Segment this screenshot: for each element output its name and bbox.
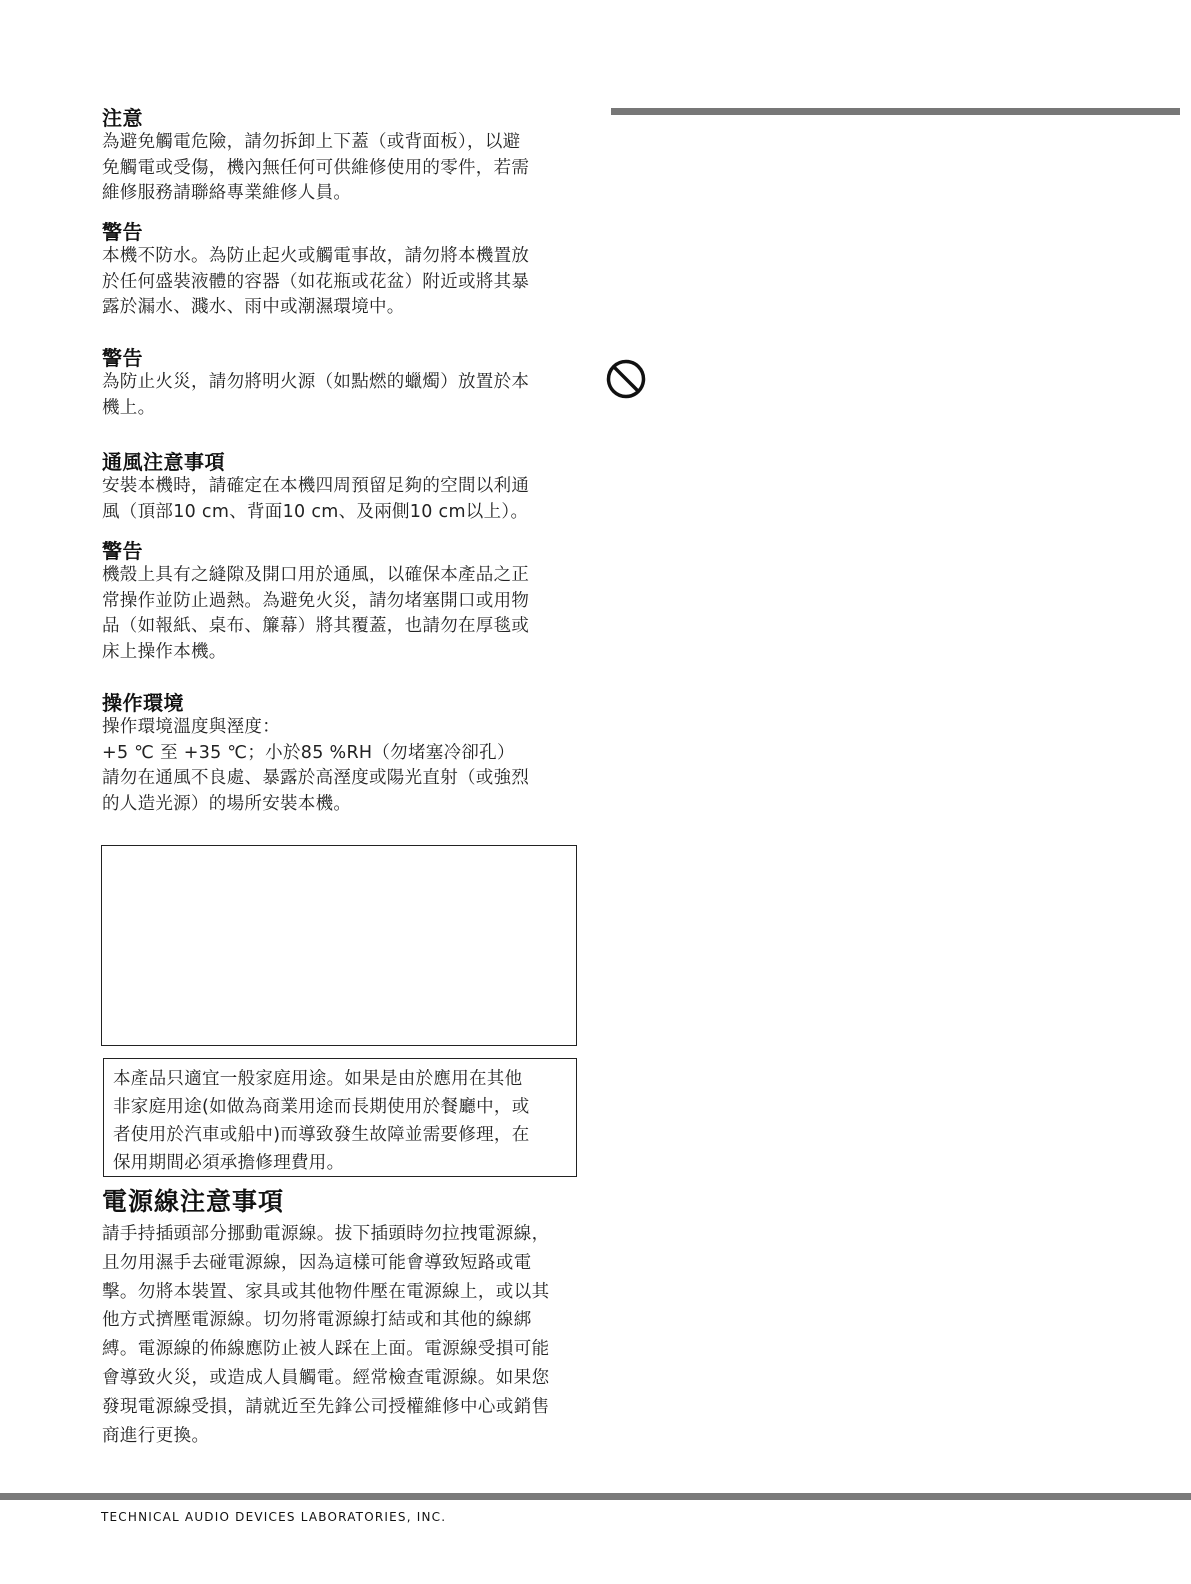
text-line: 安裝本機時，請確定在本機四周預留足夠的空間以利通 (102, 474, 582, 500)
footer-rule (0, 1493, 1191, 1500)
text-line: 操作環境溫度與溼度： (102, 715, 582, 741)
text-line: 機上。 (102, 396, 582, 422)
power-cord-body: 請手持插頭部分挪動電源線。拔下插頭時勿拉拽電源線， 且勿用濕手去碰電源線，因為這… (102, 1220, 592, 1450)
section-body: 為避免觸電危險，請勿拆卸上下蓋（或背面板），以避 免觸電或受傷，機內無任何可供維… (102, 130, 582, 207)
text-line: 保用期間必須承擔修理費用。 (113, 1149, 576, 1177)
section-heading: 警告 (102, 539, 582, 563)
text-line: 於任何盛裝液體的容器（如花瓶或花盆）附近或將其暴 (102, 270, 582, 296)
section-heading: 注意 (102, 106, 582, 130)
section-ventilation: 通風注意事項 安裝本機時，請確定在本機四周預留足夠的空間以利通 風（頂部10 c… (102, 450, 582, 525)
power-cord-heading: 電源線注意事項 (102, 1187, 592, 1217)
text-line: 本機不防水。為防止起火或觸電事故，請勿將本機置放 (102, 244, 582, 270)
text-line: 縛。電源線的佈線應防止被人踩在上面。電源線受損可能 (102, 1335, 592, 1364)
text-line: +5 ℃ 至 +35 ℃；小於85 %RH（勿堵塞冷卻孔） (102, 741, 582, 767)
empty-frame-box (101, 845, 577, 1046)
text-line: 的人造光源）的場所安裝本機。 (102, 792, 582, 818)
section-warning-water: 警告 本機不防水。為防止起火或觸電事故，請勿將本機置放 於任何盛裝液體的容器（如… (102, 220, 582, 321)
section-caution: 注意 為避免觸電危險，請勿拆卸上下蓋（或背面板），以避 免觸電或受傷，機內無任何… (102, 106, 582, 207)
text-line: 機殼上具有之縫隙及開口用於通風，以確保本產品之正 (102, 563, 582, 589)
text-line: 會導致火災，或造成人員觸電。經常檢查電源線。如果您 (102, 1364, 592, 1393)
text-line: 免觸電或受傷，機內無任何可供維修使用的零件，若需 (102, 156, 582, 182)
text-line: 者使用於汽車或船中)而導致發生故障並需要修理，在 (113, 1121, 576, 1149)
text-line: 商進行更換。 (102, 1422, 592, 1451)
text-line: 本產品只適宜一般家庭用途。如果是由於應用在其他 (113, 1065, 576, 1093)
section-body: 為防止火災，請勿將明火源（如點燃的蠟燭）放置於本 機上。 (102, 370, 582, 421)
text-line: 擊。勿將本裝置、家具或其他物件壓在電源線上，或以其 (102, 1278, 592, 1307)
household-use-notice-box: 本產品只適宜一般家庭用途。如果是由於應用在其他 非家庭用途(如做為商業用途而長期… (103, 1058, 577, 1177)
text-line: 為防止火災，請勿將明火源（如點燃的蠟燭）放置於本 (102, 370, 582, 396)
section-body: 操作環境溫度與溼度： +5 ℃ 至 +35 ℃；小於85 %RH（勿堵塞冷卻孔）… (102, 715, 582, 817)
text-line: 床上操作本機。 (102, 640, 582, 666)
section-heading: 警告 (102, 346, 582, 370)
section-operating-environment: 操作環境 操作環境溫度與溼度： +5 ℃ 至 +35 ℃；小於85 %RH（勿堵… (102, 691, 582, 817)
footer-company-name: TECHNICAL AUDIO DEVICES LABORATORIES, IN… (101, 1510, 446, 1524)
section-power-cord: 電源線注意事項 請手持插頭部分挪動電源線。拔下插頭時勿拉拽電源線， 且勿用濕手去… (102, 1187, 592, 1450)
section-warning-openings: 警告 機殼上具有之縫隙及開口用於通風，以確保本產品之正 常操作並防止過熱。為避免… (102, 539, 582, 665)
section-body: 本機不防水。為防止起火或觸電事故，請勿將本機置放 於任何盛裝液體的容器（如花瓶或… (102, 244, 582, 321)
text-line: 風（頂部10 cm、背面10 cm、及兩側10 cm以上）。 (102, 500, 582, 526)
section-body: 安裝本機時，請確定在本機四周預留足夠的空間以利通 風（頂部10 cm、背面10 … (102, 474, 582, 525)
prohibition-icon (605, 358, 647, 400)
text-line: 為避免觸電危險，請勿拆卸上下蓋（或背面板），以避 (102, 130, 582, 156)
text-line: 請勿在通風不良處、暴露於高溼度或陽光直射（或強烈 (102, 766, 582, 792)
text-line: 露於漏水、濺水、雨中或潮濕環境中。 (102, 295, 582, 321)
text-line: 且勿用濕手去碰電源線，因為這樣可能會導致短路或電 (102, 1249, 592, 1278)
text-line: 非家庭用途(如做為商業用途而長期使用於餐廳中，或 (113, 1093, 576, 1121)
text-line: 維修服務請聯絡專業維修人員。 (102, 181, 582, 207)
text-line: 發現電源線受損，請就近至先鋒公司授權維修中心或銷售 (102, 1393, 592, 1422)
section-heading: 通風注意事項 (102, 450, 582, 474)
text-line: 他方式擠壓電源線。切勿將電源線打結或和其他的線綁 (102, 1306, 592, 1335)
section-warning-fire: 警告 為防止火災，請勿將明火源（如點燃的蠟燭）放置於本 機上。 (102, 346, 582, 421)
text-line: 請手持插頭部分挪動電源線。拔下插頭時勿拉拽電源線， (102, 1220, 592, 1249)
text-line: 常操作並防止過熱。為避免火災，請勿堵塞開口或用物 (102, 589, 582, 615)
notice-body: 本產品只適宜一般家庭用途。如果是由於應用在其他 非家庭用途(如做為商業用途而長期… (113, 1065, 576, 1177)
section-heading: 警告 (102, 220, 582, 244)
top-right-rule (611, 108, 1180, 115)
section-body: 機殼上具有之縫隙及開口用於通風，以確保本產品之正 常操作並防止過熱。為避免火災，… (102, 563, 582, 665)
text-line: 品（如報紙、桌布、簾幕）將其覆蓋，也請勿在厚毯或 (102, 614, 582, 640)
section-heading: 操作環境 (102, 691, 582, 715)
